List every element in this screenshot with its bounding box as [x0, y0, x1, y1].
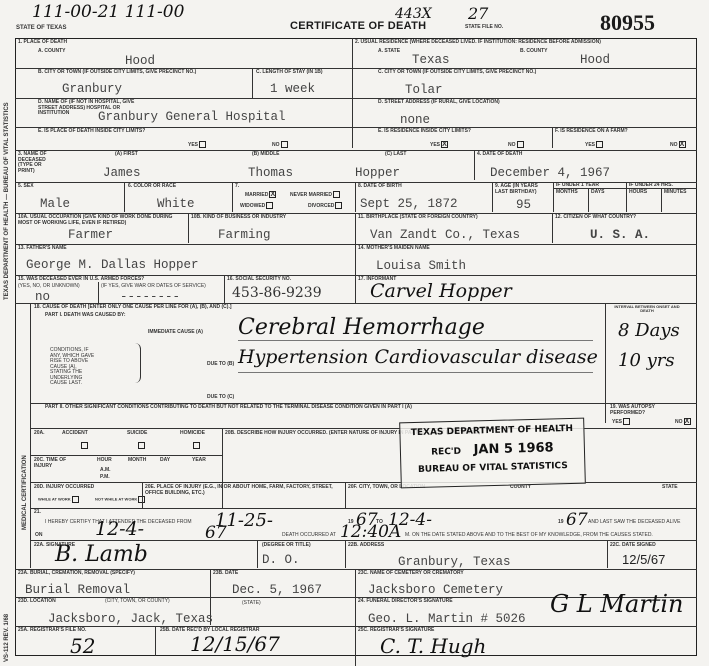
mother-label: 14. MOTHER'S MAIDEN NAME	[358, 246, 430, 252]
armed-dates-label: (If yes, give war or dates of service)	[101, 284, 206, 290]
interval-b: 10 yrs	[618, 350, 675, 371]
citizen-label: 12. CITIZEN OF WHAT COUNTRY?	[555, 215, 636, 221]
race-label: 6. COLOR OR RACE	[128, 184, 176, 190]
place-inside-yes[interactable]: YES	[188, 141, 206, 148]
residence-label: 2. USUAL RESIDENCE (Where deceased lived…	[355, 40, 601, 46]
age: 95	[516, 198, 531, 212]
first-label: (a) First	[115, 152, 138, 158]
cert-num: 21.	[34, 510, 41, 516]
bracket	[135, 343, 141, 383]
city-label: b. CITY OR TOWN (If outside city limits,…	[38, 70, 196, 76]
interval-a: 8 Days	[618, 320, 680, 341]
stamp-date-row: REC'D JAN 5 1968	[401, 440, 584, 460]
age-label: 9. AGE (In years last birthday)	[495, 184, 550, 195]
injury-occurred-label: 20d. INJURY OCCURRED	[34, 485, 94, 491]
last-label: (c) Last	[385, 152, 406, 158]
birthplace-label: 11. BIRTHPLACE (State or foreign country…	[358, 215, 478, 221]
side-department-label: TEXAS DEPARTMENT OF HEALTH — BUREAU OF V…	[4, 102, 10, 300]
to-year: 67	[566, 510, 588, 530]
injury-state-label: STATE	[662, 485, 678, 491]
immediate-cause-label: IMMEDIATE CAUSE (a)	[148, 330, 203, 336]
farm-no[interactable]: NOX	[670, 141, 686, 148]
director-signature: G L Martin	[550, 590, 684, 618]
armed-forces-label: 15. WAS DECEASED EVER IN U.S. ARMED FORC…	[18, 277, 144, 283]
handwritten-title-note: 443X	[395, 6, 432, 22]
cemetery-label: 23c. NAME OF CEMETERY OR CREMATORY	[358, 571, 464, 577]
sex-label: 5. SEX	[18, 184, 34, 190]
degree-label: (Degree or title)	[262, 543, 311, 549]
res-city-label: c. CITY OR TOWN (If outside city limits,…	[378, 70, 536, 76]
res-inside-no[interactable]: NO	[508, 141, 524, 148]
death-time: 12:40A	[340, 522, 401, 542]
year-prefix-2: 19	[558, 520, 564, 526]
last-name: Hopper	[355, 166, 400, 180]
am-label: a.m.	[100, 468, 111, 474]
interval-label: INTERVAL BETWEEN ONSET AND DEATH	[612, 305, 682, 314]
part1-label: PART I. DEATH WAS CAUSED BY:	[45, 313, 126, 319]
place-of-injury-label: 20e. PLACE OF INJURY (e.g., in or about …	[145, 485, 345, 496]
day-label: Day	[160, 458, 170, 464]
occupation-label: 10a. USUAL OCCUPATION (Give kind of work…	[18, 215, 188, 226]
local-recd-date: 12/15/67	[190, 632, 280, 656]
burial-type-label: 23a. BURIAL, CREMATION, REMOVAL (Specify…	[18, 571, 135, 577]
conditions-note: Conditions, if any, which gave rise to a…	[50, 348, 98, 387]
hours-label: Hours	[629, 190, 647, 196]
father-name: George M. Dallas Hopper	[26, 258, 199, 272]
inside-limits-label: e. IS PLACE OF DEATH INSIDE CITY LIMITS?	[38, 129, 145, 135]
date-signed: 12/5/67	[622, 552, 665, 567]
place-city: Granbury	[62, 82, 122, 96]
divorced-checkbox[interactable]: Divorced	[308, 202, 342, 209]
married-checkbox[interactable]: MarriedX	[245, 191, 276, 198]
suicide-checkbox[interactable]	[138, 442, 145, 449]
res-state: Texas	[412, 53, 450, 67]
state-label: STATE OF TEXAS	[16, 25, 66, 32]
certificate-number: 80955	[600, 10, 655, 36]
first-name: James	[103, 166, 141, 180]
informant-signature: Carvel Hopper	[370, 280, 512, 302]
part2-label: PART II. OTHER SIGNIFICANT CONDITIONS CO…	[45, 405, 412, 411]
burial-type: Burial Removal	[25, 583, 130, 597]
director-label: 24. FUNERAL DIRECTOR'S SIGNATURE	[358, 599, 453, 605]
res-street: none	[400, 113, 430, 127]
burial-date-label: 23b. DATE	[213, 571, 238, 577]
ssn-label: 16. SOCIAL SECURITY NO.	[227, 277, 291, 283]
year-label: Year	[192, 458, 206, 464]
on-label: on	[35, 533, 43, 539]
citizen: U. S. A.	[590, 228, 650, 242]
name-label: 3. NAME OF DECEASED (Type or print)	[18, 152, 58, 174]
injury-county-label: COUNTY	[510, 485, 531, 491]
date-of-death: December 4, 1967	[490, 166, 610, 180]
res-state-label: a. STATE	[378, 49, 400, 55]
suicide-label: SUICIDE	[127, 431, 147, 437]
place-inside-no[interactable]: NO	[272, 141, 288, 148]
stamp-line1: TEXAS DEPARTMENT OF HEALTH	[400, 424, 583, 439]
dod-label: 4. DATE OF DEATH	[477, 152, 522, 158]
registrar-signature-label: 25c. REGISTRAR'S SIGNATURE	[358, 628, 434, 634]
homicide-checkbox[interactable]	[193, 442, 200, 449]
middle-label: (b) Middle	[252, 152, 280, 158]
accident-checkbox[interactable]	[81, 442, 88, 449]
business: Farming	[218, 228, 271, 242]
cause-section-label: 18. CAUSE OF DEATH [Enter only one cause…	[34, 305, 232, 311]
res-county-label: b. COUNTY	[520, 49, 548, 55]
place-county: Hood	[125, 54, 155, 68]
res-inside-yes[interactable]: YESX	[430, 141, 448, 148]
due-to-b: Hypertension Cardiovascular disease	[238, 346, 598, 368]
never-married-checkbox[interactable]: Never Married	[290, 191, 340, 198]
cert-text3: m. on the date stated above and to the b…	[405, 533, 653, 539]
due-to-b-label: DUE TO (b)	[207, 362, 234, 368]
father-label: 13. FATHER'S NAME	[18, 246, 67, 252]
not-while-at-work[interactable]: NOT WHILE AT WORK	[95, 496, 145, 503]
location-label: 23d. LOCATION	[18, 599, 56, 605]
armed-forces: no	[35, 290, 50, 304]
date-signed-label: 22c. DATE SIGNED	[610, 543, 656, 549]
stamp-recd: REC'D	[431, 447, 461, 458]
registrar-file-no: 52	[70, 634, 95, 658]
ssn: 453-86-9239	[232, 285, 322, 301]
registrar-file-label: 25a. REGISTRAR'S FILE NO.	[18, 628, 86, 634]
res-inside-label: e. IS RESIDENCE INSIDE CITY LIMITS?	[378, 129, 471, 135]
armed-sub-label: (Yes, no, or unknown)	[18, 284, 80, 290]
date-of-birth: Sept 25, 1872	[360, 197, 458, 211]
state-file-label: STATE FILE NO.	[465, 25, 503, 31]
widowed-checkbox[interactable]: Widowed	[240, 202, 273, 209]
marital-label: 7.	[235, 184, 239, 190]
middle-name: Thomas	[248, 166, 293, 180]
address-label: 22b. ADDRESS	[348, 543, 384, 549]
received-stamp: TEXAS DEPARTMENT OF HEALTH REC'D JAN 5 1…	[399, 418, 586, 489]
homicide-label: HOMICIDE	[180, 431, 205, 437]
burial-date: Dec. 5, 1967	[232, 583, 322, 597]
accident-label: ACCIDENT	[62, 431, 88, 437]
occupation: Farmer	[68, 228, 113, 242]
funeral-director: Geo. L. Martin # 5026	[368, 612, 526, 626]
while-at-work[interactable]: WHILE AT WORK	[38, 496, 79, 503]
handwritten-file-no: 27	[468, 4, 488, 23]
due-to-c-label: DUE TO (c)	[207, 395, 234, 401]
armed-dates: --------	[120, 290, 180, 304]
res-street-label: d. STREET ADDRESS (If rural, give locati…	[378, 100, 500, 106]
death-at-label: Death occurred at	[282, 533, 336, 539]
mother-name: Louisa Smith	[376, 259, 466, 273]
months-label: Months	[556, 190, 578, 196]
immediate-cause: Cerebral Hemorrhage	[238, 315, 485, 340]
county-label: a. COUNTY	[38, 49, 66, 55]
race: White	[157, 197, 195, 211]
cemetery: Jacksboro Cemetery	[368, 583, 503, 597]
days-label: Days	[591, 190, 604, 196]
res-county: Hood	[580, 53, 610, 67]
time-of-injury-label: 20c. TIME OF INJURY	[34, 458, 72, 469]
degree: D. O.	[262, 553, 300, 567]
minutes-label: Minutes	[664, 190, 687, 196]
autopsy-label: 19. WAS AUTOPSY PERFORMED?	[610, 405, 690, 416]
side-form-label: VS-112 REV. 1/68	[4, 614, 10, 662]
state-sub-label: (State)	[242, 601, 261, 607]
birthplace: Van Zandt Co., Texas	[370, 228, 520, 242]
physician-signature: B. Lamb	[55, 542, 148, 567]
registrar-signature: C. T. Hugh	[380, 634, 486, 658]
autopsy-no[interactable]: NOX	[675, 418, 691, 425]
stamp-line3: BUREAU OF VITAL STATISTICS	[401, 461, 584, 476]
length-of-stay: 1 week	[270, 82, 315, 96]
injury-type-label: 20a.	[34, 431, 45, 437]
res-city: Tolar	[405, 83, 443, 97]
stamp-date: JAN 5 1968	[473, 440, 553, 457]
location-sub-label: (City, town, or county)	[105, 599, 170, 605]
pm-label: p.m.	[100, 475, 110, 481]
place-of-death-label: 1. PLACE OF DEATH	[18, 40, 67, 46]
cert-text2: and last saw the deceased alive	[588, 520, 680, 526]
month-label: Month	[128, 458, 146, 464]
burial-location: Jacksboro, Jack, Texas	[48, 612, 213, 626]
dob-label: 8. DATE OF BIRTH	[358, 184, 402, 190]
farm-label: f. IS RESIDENCE ON A FARM?	[555, 129, 628, 135]
business-label: 10b. KIND OF BUSINESS OR INDUSTRY	[191, 215, 286, 221]
stay-label: c. LENGTH OF STAY (in 1b)	[256, 70, 336, 76]
physician-address: Granbury, Texas	[398, 555, 511, 569]
last-seen-date: 12-4-	[95, 518, 144, 540]
farm-yes[interactable]: YES	[585, 141, 603, 148]
handwritten-file-codes: 111-00-21 111-00	[32, 2, 184, 22]
hour-label: Hour	[97, 458, 112, 464]
sex: Male	[40, 197, 70, 211]
autopsy-yes[interactable]: YES	[612, 418, 630, 425]
hospital-name: Granbury General Hospital	[98, 110, 286, 124]
